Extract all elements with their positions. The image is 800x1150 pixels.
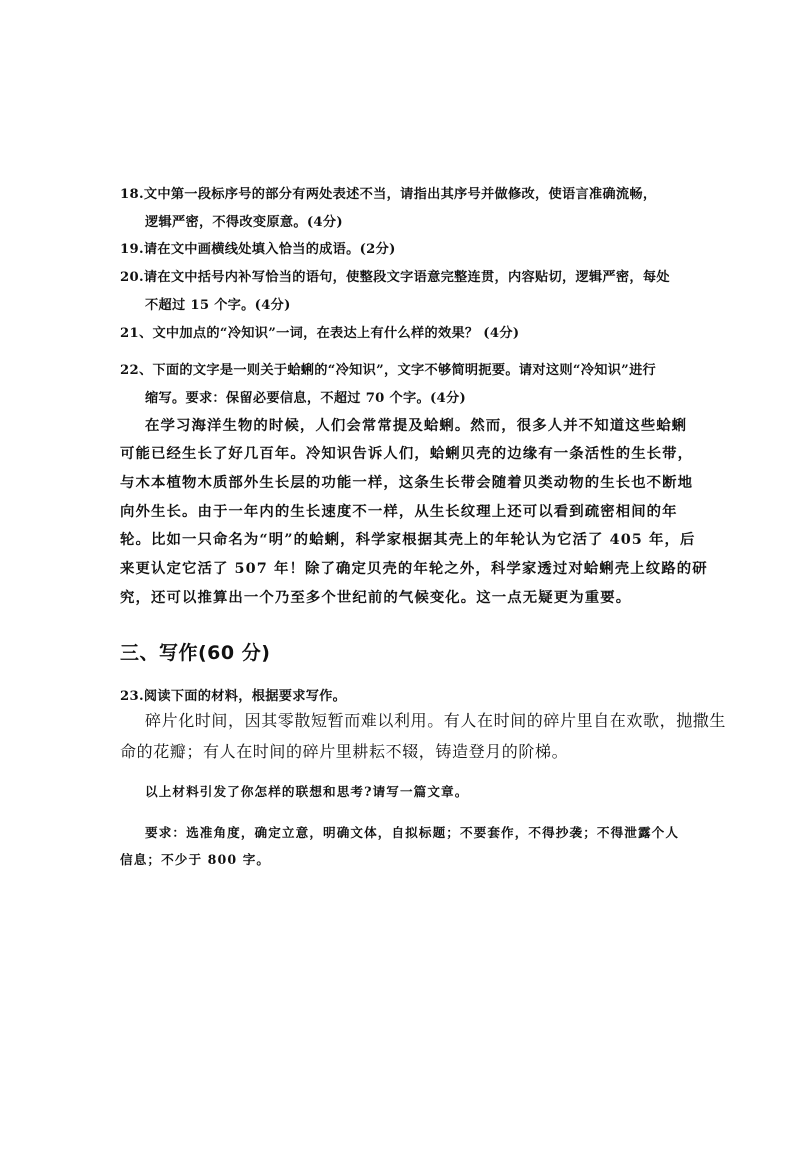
requirements-line: 信息；不少于 800 字。	[120, 849, 270, 868]
passage-line: 与木本植物木质部外生长层的功能一样，这条生长带会随着贝类动物的生长也不断地	[120, 471, 693, 492]
question-20-line2: 不超过 15 个字。(4分)	[145, 294, 291, 313]
passage-line: 来更认定它活了 507 年！除了确定贝壳的年轮之外，科学家透过对蛤蜊壳上纹路的研	[120, 557, 708, 578]
writing-prompt: 以上材料引发了你怎样的联想和思考?请写一篇文章。	[145, 781, 468, 800]
question-22-line1: 22、下面的文字是一则关于蛤蜊的“冷知识”，文字不够简明扼要。请对这则“冷知识”…	[120, 359, 656, 378]
passage-line: 在学习海洋生物的时候，人们会常常提及蛤蜊。然而，很多人并不知道这些蛤蜊	[145, 414, 687, 435]
question-18-line2: 逻辑严密，不得改变原意。(4分)	[145, 211, 343, 230]
question-19: 19.请在文中画横线处填入恰当的成语。(2分)	[120, 238, 396, 257]
question-18-line1: 18.文中第一段标序号的部分有两处表述不当，请指出其序号并做修改，使语言准确流畅…	[120, 183, 656, 202]
passage-line: 究，还可以推算出一个乃至多个世纪前的气候变化。这一点无疑更为重要。	[120, 586, 631, 607]
passage-line: 轮。比如一只命名为“明”的蛤蜊，科学家根据其壳上的年轮认为它活了 405 年，后	[120, 528, 696, 549]
passage-line: 向外生长。由于一年内的生长速度不一样，从生长纹理上还可以看到疏密相间的年	[120, 500, 678, 521]
question-23: 23.阅读下面的材料，根据要求写作。	[120, 685, 346, 704]
material-line: 命的花瓣；有人在时间的碎片里耕耘不辍，铸造登月的阶梯。	[120, 739, 568, 762]
material-line: 碎片化时间，因其零散短暂而难以利用。有人在时间的碎片里自在欢歌，抛撒生	[145, 708, 726, 731]
section-heading-writing: 三、写作(60 分)	[120, 638, 270, 665]
requirements-line: 要求：选准角度，确定立意，明确文体，自拟标题；不要套作，不得抄袭；不得泄露个人	[145, 822, 679, 841]
passage-line: 可能已经生长了好几百年。冷知识告诉人们，蛤蜊贝壳的边缘有一条活性的生长带，	[120, 442, 693, 463]
question-20-line1: 20.请在文中括号内补写恰当的语句，使整段文字语意完整连贯，内容贴切，逻辑严密，…	[120, 266, 670, 285]
question-21: 21、文中加点的“冷知识”一词，在表达上有什么样的效果？ (4分)	[120, 322, 519, 341]
question-22-line2: 缩写。要求：保留必要信息，不超过 70 个字。(4分)	[145, 387, 466, 406]
